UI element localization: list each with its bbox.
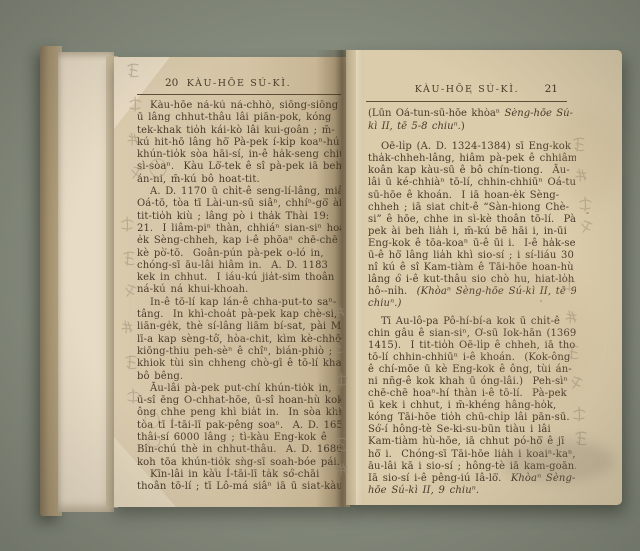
book-photo-scene: 20 KÀU-HŌE SÚ-KÌ. Kàu-hōe ná-kú ná-chhò,… [0,0,640,551]
left-header-rule [137,94,341,95]
paragraph-main: Tī Au-lô-pa Pô-hí-bí-a kok ū chi̍t-ê chi… [368,316,576,484]
right-page-text: (Lūn Oá-tun-sū-hōe khòaⁿ Sèng-hōe Sú- kì… [368,108,576,500]
paragraph: Tī Au-lô-pa Pô-hí-bí-a kok ū chi̍t-ê chi… [368,316,576,497]
right-page-number: 21 [545,83,558,95]
note-close: ) [461,121,465,132]
right-header-title: KÀU-HŌE SÚ-KÌ. [415,84,519,95]
chapter-reference-note: (Lūn Oá-tun-sū-hōe khòaⁿ Sèng-hōe Sú- kì… [368,108,576,133]
paragraph: In-ê tō-lí kap lán-ê chha-put-to saⁿ- tâ… [137,297,341,383]
right-running-header: KÀU-HŌE SÚ-KÌ. 21 [366,84,568,98]
left-page-text: Kàu-hōe ná-kú ná-chhò, siōng-siōng ū lân… [137,100,341,507]
paragraph: Āu-lâi pà-pek put-chí khún-tio̍k in, ū-s… [137,383,341,469]
note-roman: (Lūn Oá-tun-sū-hōe khòaⁿ [368,108,505,119]
paragraph: Oē-li̍p (A. D. 1324-1384) sī Eng-kok tha… [368,141,576,310]
right-header-rule [366,101,567,102]
left-page-number: 20 [165,77,178,89]
paragraph: Kīn-lâi in kàu Í-tāi-lī ta̍k só͘-chāi th… [137,469,341,494]
paragraph-main: Oē-li̍p (A. D. 1324-1384) sī Eng-kok tha… [368,141,576,297]
paragraph: Kàu-hōe ná-kú ná-chhò, siōng-siōng ū lân… [137,100,341,186]
left-header-title: KÀU-HŌE SÚ-KÌ. [187,78,291,89]
paragraph: A. D. 1170 ū chi̍t-ê seng-lí-lâng, miâ O… [137,186,341,297]
left-running-header: 20 KÀU-HŌE SÚ-KÌ. [137,78,341,92]
